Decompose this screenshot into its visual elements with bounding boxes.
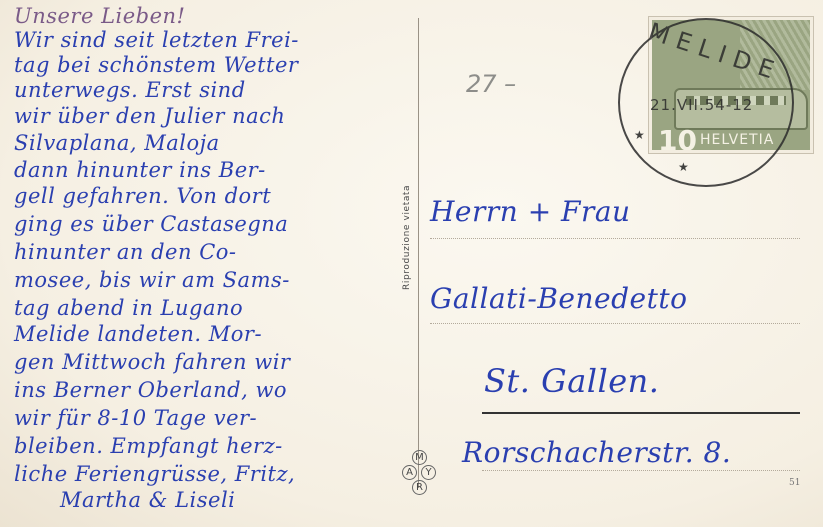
address-line-name: Gallati-Benedetto <box>430 282 687 315</box>
message-line: gell gefahren. Von dort <box>14 184 271 208</box>
message-line: wir für 8-10 Tage ver- <box>14 406 257 430</box>
message-line: Wir sind seit letzten Frei- <box>14 28 299 52</box>
postmark-date: 21.VII.54-12 <box>650 96 753 114</box>
message-line: ins Berner Oberland, wo <box>14 378 287 402</box>
message-line: Melide landeten. Mor- <box>14 322 262 346</box>
message-line: bleiben. Empfangt herz- <box>14 434 283 458</box>
message-line: gen Mittwoch fahren wir <box>14 350 290 374</box>
pencil-note: 27 – <box>466 70 516 98</box>
message-line: unterwegs. Erst sind <box>14 78 246 102</box>
reproduction-credit: Riproduzione vietata <box>402 185 412 290</box>
star-icon: ★ <box>634 128 645 142</box>
message-line: dann hinunter ins Ber- <box>14 158 266 182</box>
signature: Martha & Liseli <box>60 488 235 512</box>
address-line-city: St. Gallen. <box>484 362 659 400</box>
message-line: wir über den Julier nach <box>14 104 285 128</box>
address-line-street: Rorschacherstr. 8. <box>462 436 731 469</box>
postcard-back: Unsere Lieben! Wir sind seit letzten Fre… <box>0 0 823 527</box>
address-dotted-line <box>430 238 800 239</box>
publisher-logo: M A Y R <box>400 450 438 496</box>
message-line: hinunter an den Co- <box>14 240 237 264</box>
city-underline <box>482 412 800 414</box>
card-number: 51 <box>789 478 800 488</box>
message-line: mosee, bis wir am Sams- <box>14 268 290 292</box>
address-line-recipient: Herrn + Frau <box>430 195 631 228</box>
message-line: Silvaplana, Maloja <box>14 131 220 155</box>
message-line: liche Feriengrüsse, Fritz, <box>14 462 295 486</box>
message-line: ging es über Castasegna <box>14 212 288 236</box>
message-line: tag bei schönstem Wetter <box>14 53 298 77</box>
message-line: Unsere Lieben! <box>14 4 186 28</box>
address-dotted-line <box>482 470 800 471</box>
star-icon: ★ <box>678 160 689 174</box>
postmark: MELIDE 21.VII.54-12 ★ ★ <box>618 18 794 187</box>
message-line: tag abend in Lugano <box>14 296 243 320</box>
address-dotted-line <box>430 323 800 324</box>
center-divider <box>418 18 419 488</box>
